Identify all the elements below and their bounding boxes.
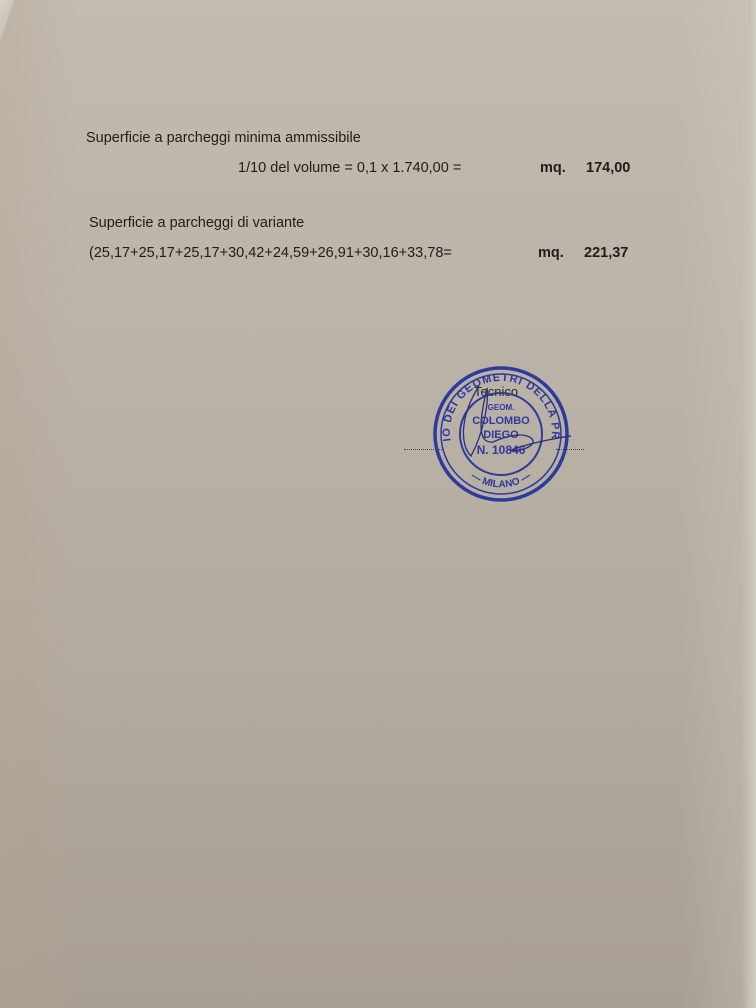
stamp-ring-bottom: — MILANO — — [469, 470, 533, 490]
variant-parking-value: 221,37 — [584, 245, 628, 261]
variant-parking-label: Superficie a parcheggi di variante — [89, 215, 304, 231]
min-parking-value: 174,00 — [586, 160, 630, 176]
min-parking-unit: mq. — [540, 160, 566, 176]
svg-text:— MILANO —: — MILANO — — [469, 470, 533, 490]
stamp-title: GEOM. — [488, 403, 515, 412]
page-edge-right — [742, 0, 756, 1008]
min-parking-label: Superficie a parcheggi minima ammissibil… — [86, 130, 361, 146]
variant-parking-unit: mq. — [538, 245, 564, 261]
paper-sheet — [0, 0, 756, 1008]
professional-stamp: COLLEGIO DEI GEOMETRI DELLA PROVINCIA — … — [431, 364, 571, 504]
variant-parking-formula: (25,17+25,17+25,17+30,42+24,59+26,91+30,… — [89, 245, 452, 261]
min-parking-formula: 1/10 del volume = 0,1 x 1.740,00 = — [238, 160, 461, 176]
